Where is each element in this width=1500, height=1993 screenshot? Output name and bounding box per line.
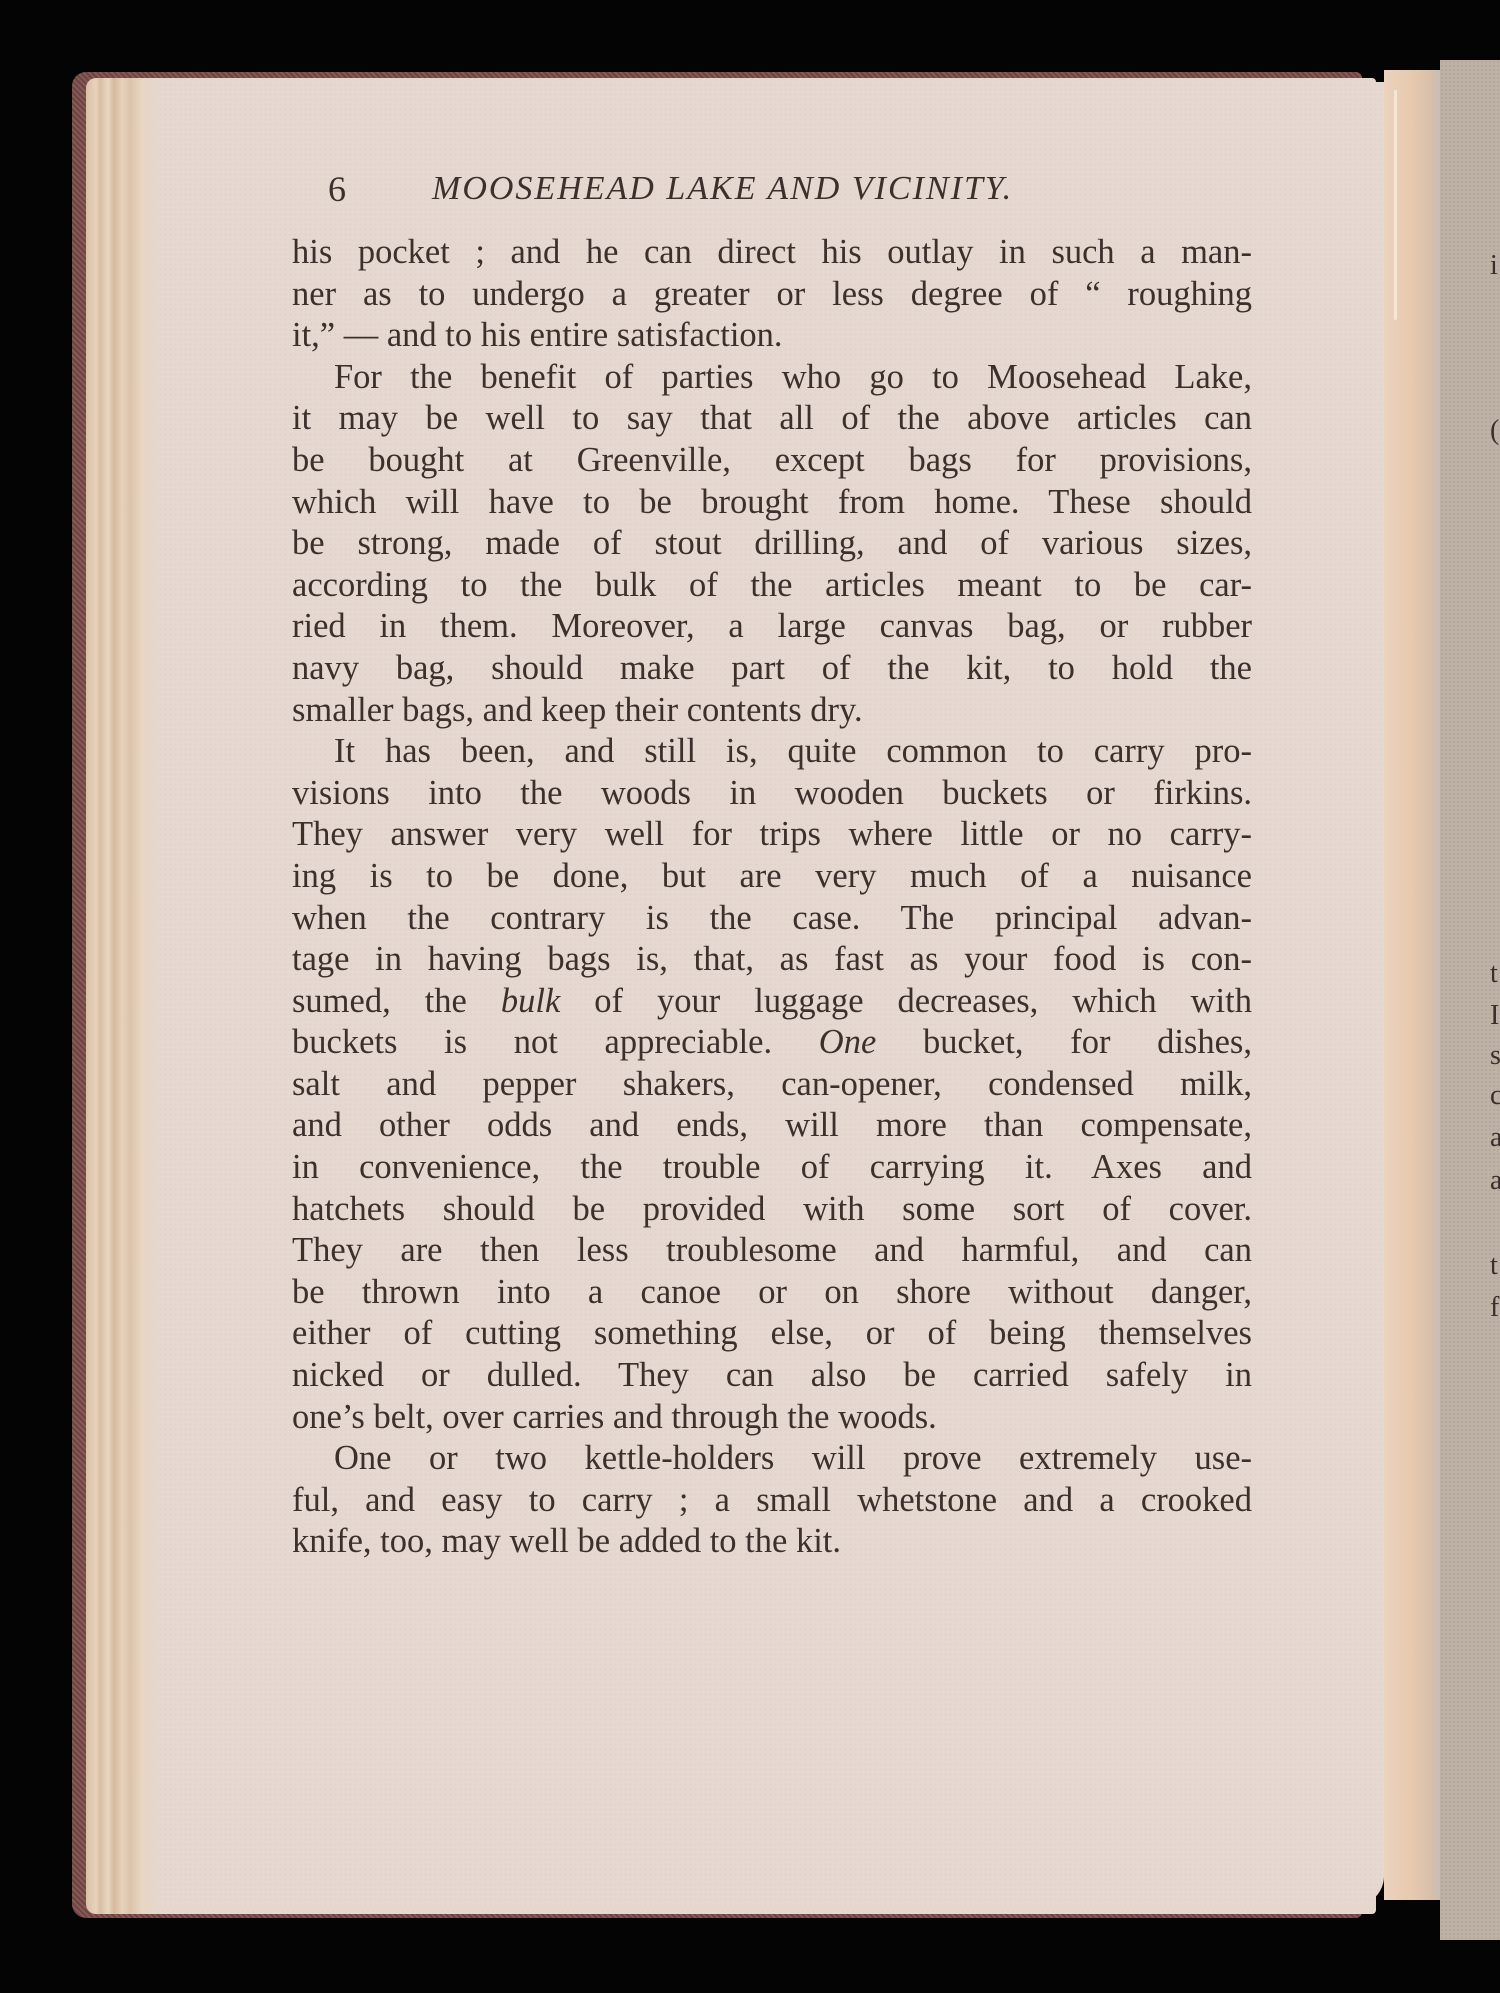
emphasis: One — [819, 1023, 876, 1061]
text-line: sumed, the bulk of your luggage decrease… — [292, 981, 1252, 1023]
text-line: They are then less troublesome and harmf… — [292, 1230, 1252, 1272]
text-line: One or two kettle-holders will prove ext… — [292, 1438, 1252, 1480]
text-line: and other odds and ends, will more than … — [292, 1105, 1252, 1147]
facing-page-glyph: i — [1490, 250, 1498, 282]
text-line: ried in them. Moreover, a large canvas b… — [292, 606, 1252, 648]
facing-page-glyph: ( — [1490, 415, 1499, 447]
text-line: smaller bags, and keep their contents dr… — [292, 690, 1252, 732]
text-line: For the benefit of parties who go to Moo… — [292, 357, 1252, 399]
emphasis: bulk — [501, 982, 560, 1020]
running-head: 6 MOOSEHEAD LAKE AND VICINITY. — [292, 160, 1252, 220]
text-line: be bought at Greenville, except bags for… — [292, 440, 1252, 482]
text-line: visions into the woods in wooden buckets… — [292, 773, 1252, 815]
text-line: navy bag, should make part of the kit, t… — [292, 648, 1252, 690]
text-line: salt and pepper shakers, can-opener, con… — [292, 1064, 1252, 1106]
facing-page-glyph: t — [1490, 1250, 1498, 1282]
text-line: in convenience, the trouble of carrying … — [292, 1147, 1252, 1189]
body-text: his pocket ; and he can direct his outla… — [292, 232, 1252, 1563]
text-line: hatchets should be provided with some so… — [292, 1189, 1252, 1231]
facing-page-glyph: a — [1490, 1165, 1500, 1197]
text-line: tage in having bags is, that, as fast as… — [292, 939, 1252, 981]
text-line: ful, and easy to carry ; a small whetsto… — [292, 1480, 1252, 1522]
running-head-title: MOOSEHEAD LAKE AND VICINITY. — [432, 170, 1013, 208]
text-line: it,” — and to his entire satisfaction. — [292, 315, 1252, 357]
text-line: ing is to be done, but are very much of … — [292, 856, 1252, 898]
page-text-block: 6 MOOSEHEAD LAKE AND VICINITY. his pocke… — [292, 160, 1252, 1563]
text-line: It has been, and still is, quite common … — [292, 731, 1252, 773]
text-line: when the contrary is the case. The princ… — [292, 898, 1252, 940]
facing-page-glyph: I — [1490, 1000, 1499, 1032]
text-line: be strong, made of stout drilling, and o… — [292, 523, 1252, 565]
text-line: it may be well to say that all of the ab… — [292, 398, 1252, 440]
text-line: one’s belt, over carries and through the… — [292, 1397, 1252, 1439]
text-line: his pocket ; and he can direct his outla… — [292, 232, 1252, 274]
text-line: be thrown into a canoe or on shore witho… — [292, 1272, 1252, 1314]
text-line: ner as to undergo a greater or less degr… — [292, 274, 1252, 316]
text-line: according to the bulk of the articles me… — [292, 565, 1252, 607]
facing-page-glyph: f — [1490, 1292, 1499, 1324]
text-line: nicked or dulled. They can also be carri… — [292, 1355, 1252, 1397]
facing-page-glyph: t — [1490, 958, 1498, 990]
facing-page-glyph: a — [1490, 1122, 1500, 1154]
text-line: either of cutting something else, or of … — [292, 1313, 1252, 1355]
facing-page-glyph: c — [1490, 1080, 1500, 1112]
facing-page-glyph: s — [1490, 1040, 1500, 1072]
text-line: They answer very well for trips where li… — [292, 814, 1252, 856]
text-line: which will have to be brought from home.… — [292, 482, 1252, 524]
text-line: knife, too, may well be added to the kit… — [292, 1521, 1252, 1563]
text-line: buckets is not appreciable. One bucket, … — [292, 1022, 1252, 1064]
book-gutter — [1384, 70, 1440, 1900]
gutter-highlight — [1394, 90, 1397, 320]
page-number: 6 — [328, 168, 347, 210]
